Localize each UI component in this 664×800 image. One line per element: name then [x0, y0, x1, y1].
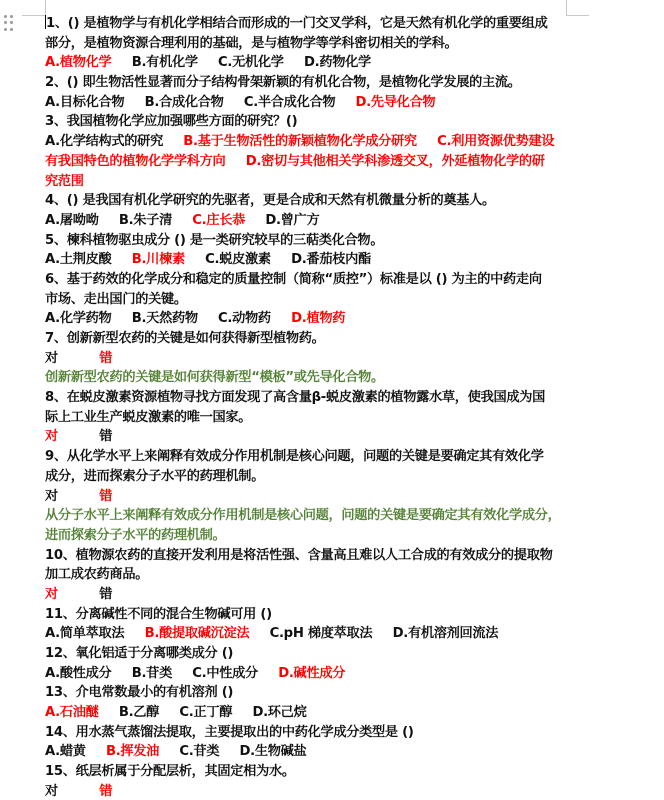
question-15-text: 15、纸层析属于分配层析，其固定相为水。 [45, 762, 575, 782]
question-6-text: 市场、走出国门的关键。 [45, 290, 575, 310]
question-2-text: 2、() 即生物活性显著而分子结构骨架新颖的有机化合物，是植物化学发展的主流。 [45, 73, 575, 93]
option-d-correct: D.密切与其他相关学科渗透交叉，外延植物化学的研 [246, 154, 545, 169]
question-9-explanation: 从分子水平上来阐释有效成分作用机制是核心问题，问题的关键是要确定其有效化学成分， [45, 506, 575, 526]
question-8-true-false: 对 错 [45, 427, 575, 447]
question-11-options: A.简单萃取法 B.酸提取碱沉淀法 C.pH 梯度萃取法 D.有机溶剂回流法 [45, 624, 575, 644]
question-7-text: 7、创新新型农药的关键是如何获得新型植物药。 [45, 329, 575, 349]
question-9-text: 9、从化学水平上来阐释有效成分作用机制是核心问题，问题的关键是要确定其有效化学 [45, 447, 575, 467]
option-d-correct-cont: 究范围 [45, 172, 575, 192]
question-14-options: A.蜡黄 B.挥发油 C.苷类 D.生物碱盐 [45, 742, 575, 762]
option-b-correct: B.挥发油 [106, 742, 159, 762]
option-a: A.土荆皮酸 [45, 250, 111, 270]
question-3-options: 有我国特色的植物化学学科方向 D.密切与其他相关学科渗透交叉，外延植物化学的研 [45, 152, 575, 172]
option-a: A.简单萃取法 [45, 624, 124, 644]
document-body[interactable]: 1、() 是植物学与有机化学相结合而形成的一门交叉学科，它是天然有机化学的重要组… [45, 14, 575, 800]
option-b: B.乙醇 [119, 703, 159, 723]
option-c: C.动物药 [218, 309, 271, 329]
option-b: B.有机化学 [132, 53, 198, 73]
question-1-text: 部分，是植物资源合理利用的基础，是与植物学等学科密切相关的学科。 [45, 34, 575, 54]
question-8-text: 际上工业生产蜕皮激素的唯一国家。 [45, 408, 575, 428]
question-12-text: 12、氧化铝适于分离哪类成分 () [45, 644, 575, 664]
question-7-true-false: 对 错 [45, 349, 575, 369]
question-4-options: A.屠呦呦 B.朱子清 C.庄长恭 D.曾广方 [45, 211, 575, 231]
option-a: A.目标化合物 [45, 93, 124, 113]
question-11-text: 11、分离碱性不同的混合生物碱可用 () [45, 605, 575, 625]
question-10-text: 加工成农药商品。 [45, 565, 575, 585]
question-9-explanation: 进而探索分子水平的药理机制。 [45, 526, 575, 546]
true-option: 对 [45, 349, 95, 369]
question-10-true-false: 对 错 [45, 585, 575, 605]
question-3-text: 3、我国植物化学应加强哪些方面的研究？() [45, 112, 575, 132]
option-a: A.屠呦呦 [45, 211, 99, 231]
question-5-text: 5、楝科植物驱虫成分 () 是一类研究较早的三萜类化合物。 [45, 231, 575, 251]
option-b-correct: B.酸提取碱沉淀法 [145, 624, 250, 644]
option-b: B.天然药物 [132, 309, 198, 329]
question-13-text: 13、介电常数最小的有机溶剂 () [45, 683, 575, 703]
option-d: D.曾广方 [265, 211, 319, 231]
false-option-correct: 错 [99, 487, 149, 507]
option-b: B.合成化合物 [145, 93, 224, 113]
question-1-options: A.植物化学 B.有机化学 C.无机化学 D.药物化学 [45, 53, 575, 73]
option-d: D.番茄枝内酯 [291, 250, 371, 270]
option-b: B.苷类 [132, 664, 172, 684]
question-10-text: 10、植物源农药的直接开发利用是将活性强、含量高且难以人工合成的有效成分的提取物 [45, 546, 575, 566]
question-6-text: 6、基于药效的化学成分和稳定的质量控制（简称“质控”）标准是以 () 为主的中药… [45, 270, 575, 290]
question-2-options: A.目标化合物 B.合成化合物 C.半合成化合物 D.先导化合物 [45, 93, 575, 113]
option-d-correct: D.先导化合物 [356, 93, 436, 113]
true-option-correct: 对 [45, 427, 95, 447]
question-5-options: A.土荆皮酸 B.川楝素 C.蜕皮激素 D.番茄枝内酯 [45, 250, 575, 270]
true-option-correct: 对 [45, 585, 95, 605]
option-a: A.蜡黄 [45, 742, 86, 762]
question-14-text: 14、用水蒸气蒸馏法提取，主要提取出的中药化学成分类型是 () [45, 723, 575, 743]
question-15-true-false: 对 错 [45, 782, 575, 800]
question-13-options: A.石油醚 B.乙醇 C.正丁醇 D.环己烷 [45, 703, 575, 723]
option-a: A.酸性成分 [45, 664, 111, 684]
question-7-explanation: 创新新型农药的关键是如何获得新型“模板”或先导化合物。 [45, 368, 575, 388]
option-c: C.半合成化合物 [244, 93, 335, 113]
false-option: 错 [99, 585, 149, 605]
option-c: C.苷类 [179, 742, 219, 762]
option-c: C.pH 梯度萃取法 [270, 624, 373, 644]
option-b-correct: B.基于生物活性的新颖植物化学成分研究 [183, 132, 417, 152]
option-a-correct: A.石油醚 [45, 703, 99, 723]
option-d: D.药物化学 [304, 53, 371, 73]
page-margin-marker-left [22, 15, 45, 16]
option-c: C.中性成分 [192, 664, 258, 684]
true-option: 对 [45, 782, 95, 800]
option-a: A.化学结构式的研究 [45, 132, 163, 152]
option-a-correct: A.植物化学 [45, 53, 111, 73]
option-c: C.无机化学 [218, 53, 284, 73]
question-1-text: 1、() 是植物学与有机化学相结合而形成的一门交叉学科，它是天然有机化学的重要组… [45, 14, 575, 34]
option-b: B.朱子清 [119, 211, 172, 231]
option-d: D.有机溶剂回流法 [393, 624, 499, 644]
question-6-options: A.化学药物 B.天然药物 C.动物药 D.植物药 [45, 309, 575, 329]
option-c: C.蜕皮激素 [205, 250, 271, 270]
question-3-options: A.化学结构式的研究 B.基于生物活性的新颖植物化学成分研究 C.利用资源优势建… [45, 132, 575, 152]
option-c: C.正丁醇 [179, 703, 232, 723]
option-c-correct: C.利用资源优势建设 [437, 134, 554, 149]
false-option: 错 [99, 427, 149, 447]
false-option-correct: 错 [99, 782, 149, 800]
option-c-correct: C.庄长恭 [192, 211, 245, 231]
option-c-correct-cont: 有我国特色的植物化学学科方向 [45, 152, 225, 172]
option-d-correct: D.植物药 [291, 309, 345, 329]
false-option-correct: 错 [99, 349, 149, 369]
question-9-text: 成分，进而探索分子水平的药理机制。 [45, 467, 575, 487]
true-option: 对 [45, 487, 95, 507]
question-8-text: 8、在蜕皮激素资源植物寻找方面发现了高含量β-蜕皮激素的植物露水草，使我国成为国 [45, 388, 575, 408]
question-9-true-false: 对 错 [45, 487, 575, 507]
option-d-correct: D.碱性成分 [278, 664, 345, 684]
block-drag-handle-icon[interactable] [4, 15, 14, 31]
question-4-text: 4、() 是我国有机化学研究的先驱者，更是合成和天然有机微量分析的奠基人。 [45, 191, 575, 211]
option-d: D.环己烷 [252, 703, 306, 723]
option-d: D.生物碱盐 [240, 742, 307, 762]
option-a: A.化学药物 [45, 309, 111, 329]
question-12-options: A.酸性成分 B.苷类 C.中性成分 D.碱性成分 [45, 664, 575, 684]
option-b-correct: B.川楝素 [132, 250, 185, 270]
